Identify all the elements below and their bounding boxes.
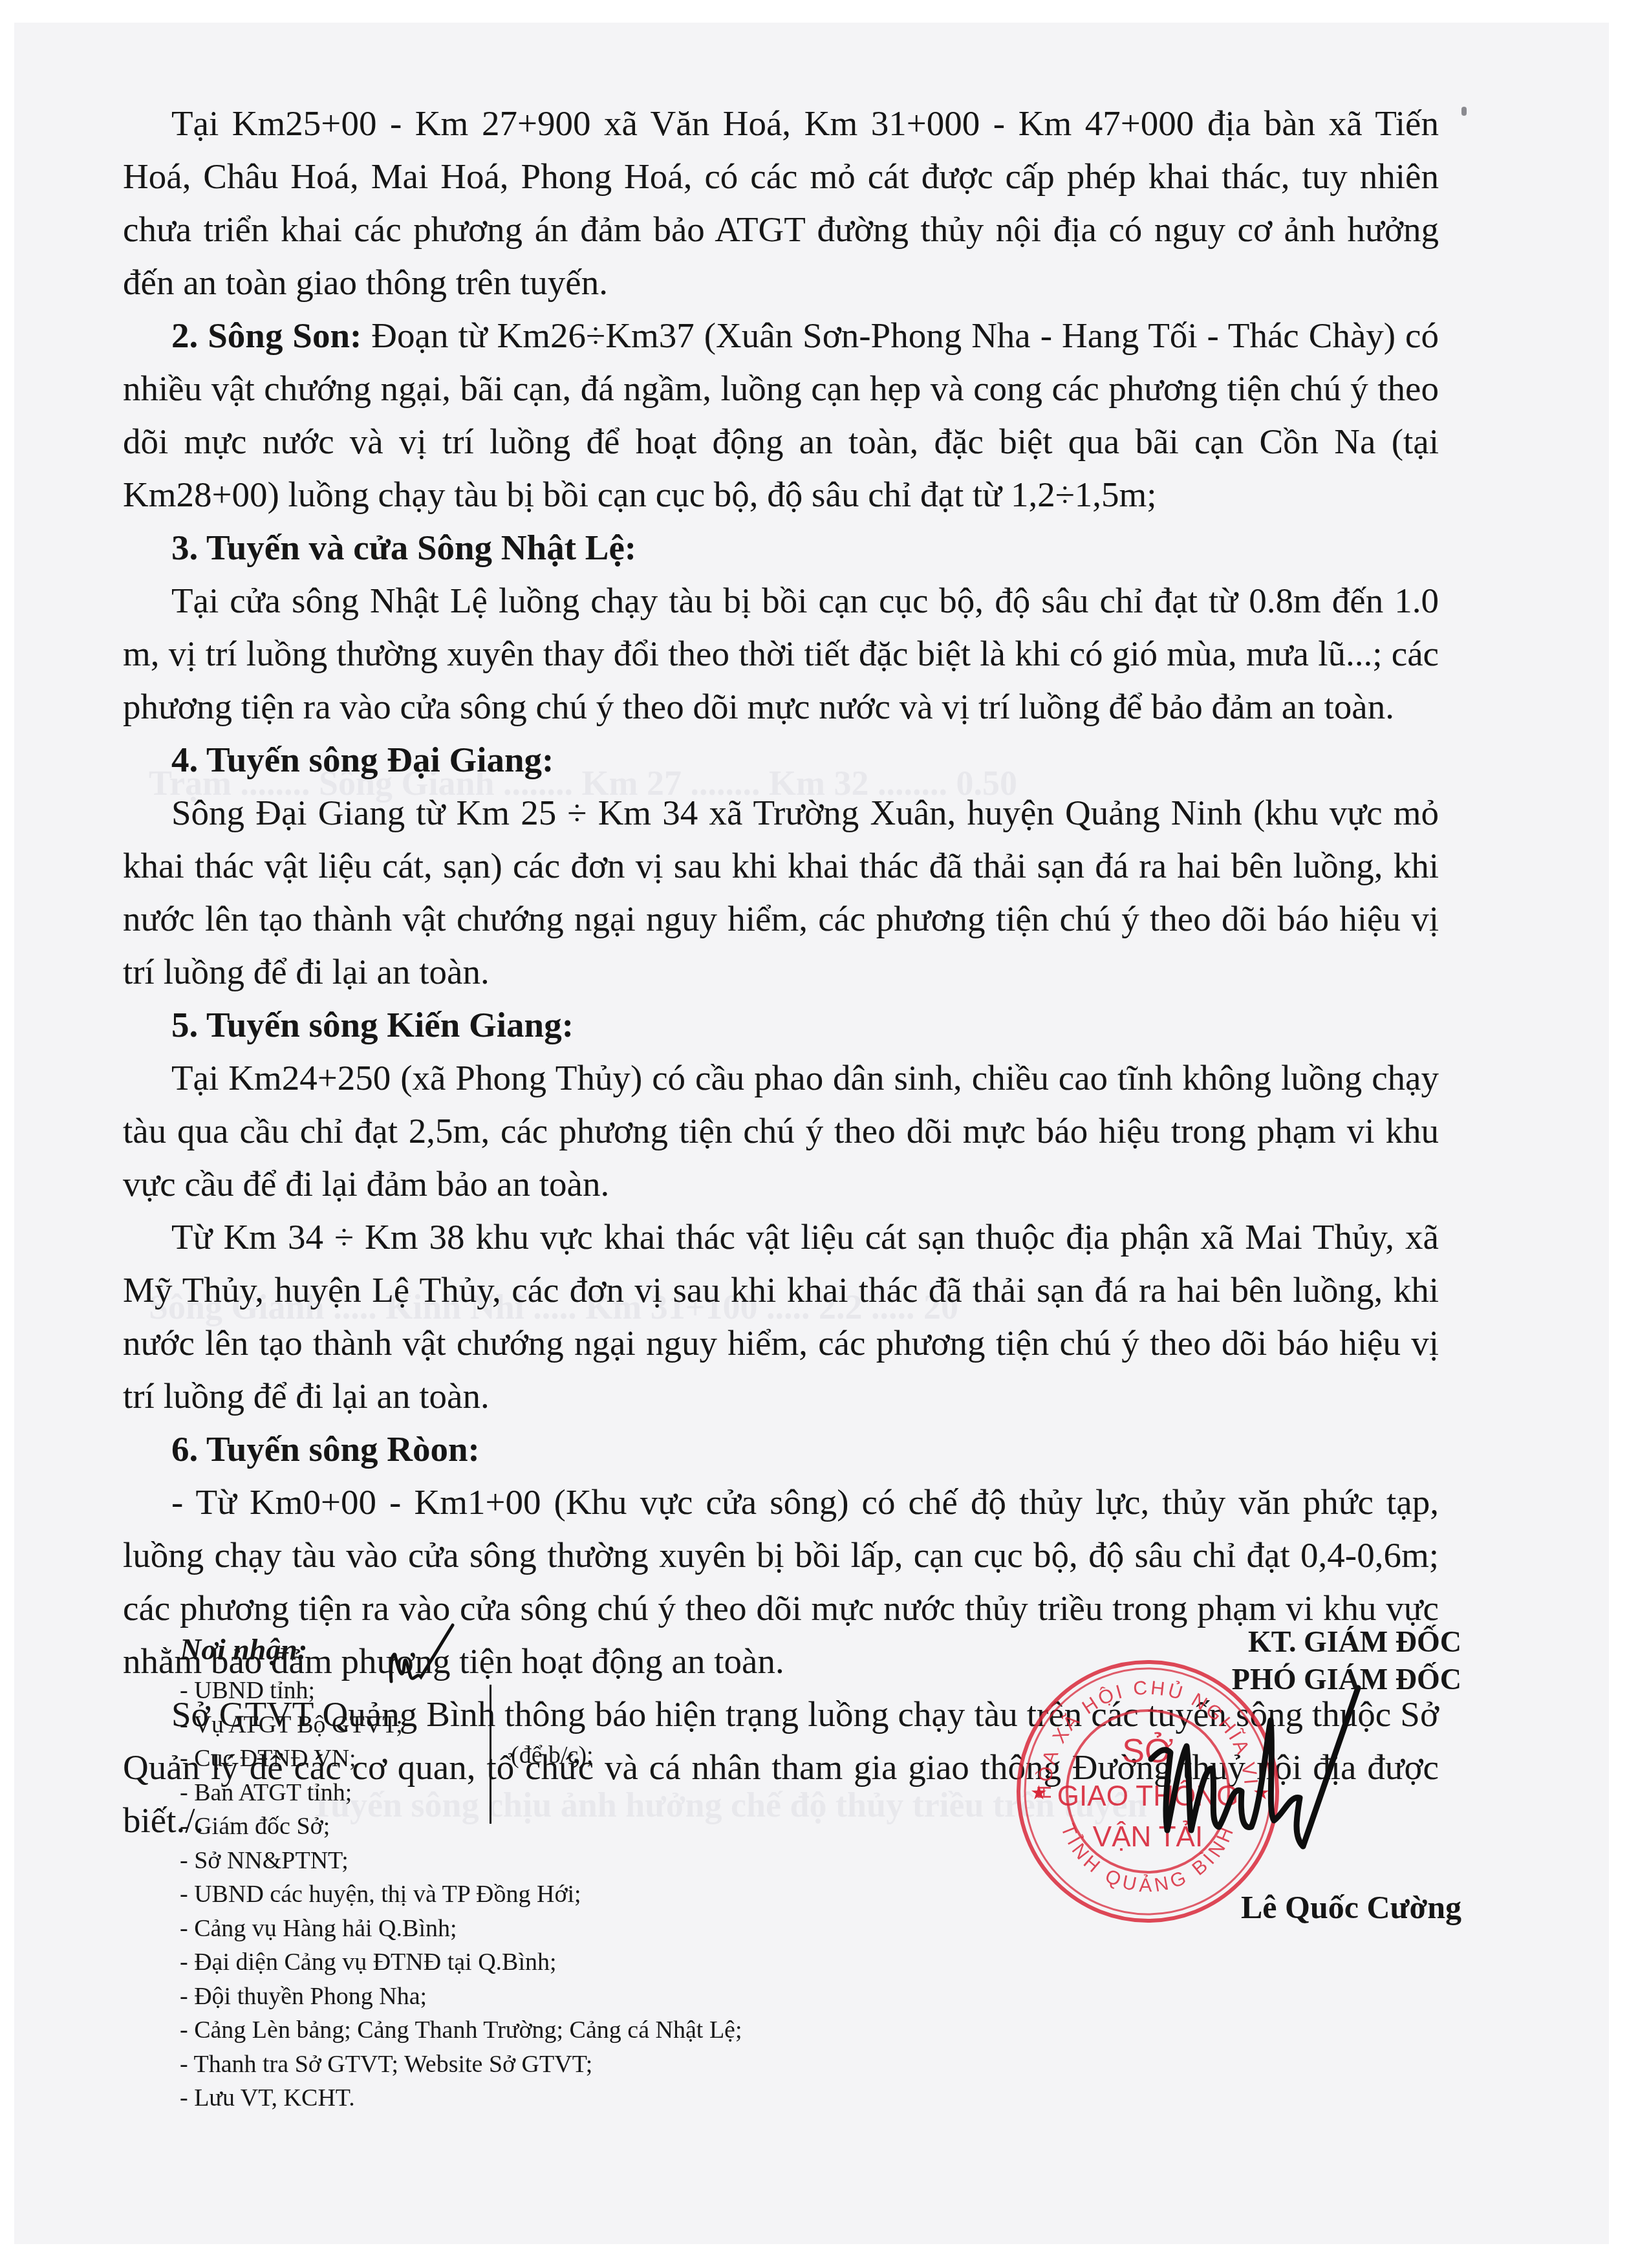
signatory-role-line1: KT. GIÁM ĐỐC (1099, 1623, 1461, 1661)
handwritten-signature (1138, 1681, 1371, 1879)
recipient-item: Cảng vụ Hàng hải Q.Bình; (180, 1912, 742, 1946)
section-heading: 6. Tuyến sông Ròon: (123, 1423, 1439, 1476)
section-heading: 4. Tuyến sông Đại Giang: (123, 733, 1439, 786)
signatory: KT. GIÁM ĐỐC PHÓ GIÁM ĐỐC Lê Quốc Cường (1099, 1623, 1461, 1698)
recipient-item: UBND các huyện, thị và TP Đồng Hới; (180, 1877, 742, 1912)
recipient-item: Sở NN&PTNT; (180, 1844, 742, 1878)
recipient-item: Thanh tra Sở GTVT; Website Sở GTVT; (180, 2047, 742, 2082)
recipients-bracket (490, 1685, 491, 1824)
initial-signature (385, 1620, 456, 1701)
recipient-item: Cục ĐTNĐ VN; (180, 1742, 742, 1776)
scan-speck (1461, 107, 1467, 116)
document-body: Tại Km25+00 - Km 27+900 xã Văn Hoá, Km 3… (123, 97, 1439, 1847)
signer-name: Lê Quốc Cường (1241, 1888, 1461, 1926)
svg-text:★: ★ (1030, 1782, 1048, 1804)
recipient-item: Lưu VT, KCHT. (180, 2081, 742, 2115)
recipient-item: Vụ ATGT Bộ GTVT; (180, 1708, 742, 1742)
section-heading: 5. Tuyến sông Kiến Giang: (123, 999, 1439, 1052)
section-heading: 2. Sông Son: (171, 316, 361, 355)
recipient-item: Giám đốc Sở; (180, 1809, 742, 1844)
section-heading: 3. Tuyến và cửa Sông Nhật Lệ: (123, 521, 1439, 574)
recipient-item: Đại diện Cảng vụ ĐTNĐ tại Q.Bình; (180, 1945, 742, 1980)
recipient-item: Cảng Lèn bảng; Cảng Thanh Trường; Cảng c… (180, 2013, 742, 2047)
signatory-role-line2: PHÓ GIÁM ĐỐC (1099, 1661, 1461, 1698)
recipient-item: UBND tỉnh; (180, 1674, 742, 1708)
recipient-item: Đội thuyền Phong Nha; (180, 1980, 742, 2014)
body-paragraph: Từ Km 34 ÷ Km 38 khu vực khai thác vật l… (123, 1211, 1439, 1423)
bracket-note: (để b/c); (511, 1741, 594, 1769)
body-paragraph: Tại Km25+00 - Km 27+900 xã Văn Hoá, Km 3… (123, 97, 1439, 309)
recipient-item: Ban ATGT tỉnh; (180, 1776, 742, 1810)
body-paragraph: Tại cửa sông Nhật Lệ luồng chạy tàu bị b… (123, 574, 1439, 733)
body-paragraph: Sông Đại Giang từ Km 25 ÷ Km 34 xã Trườn… (123, 786, 1439, 999)
recipients-list: UBND tỉnh;Vụ ATGT Bộ GTVT;Cục ĐTNĐ VN;Ba… (180, 1674, 742, 2115)
recipients-title: Nơi nhận: (180, 1630, 742, 1670)
body-paragraph: Tại Km24+250 (xã Phong Thủy) có cầu phao… (123, 1052, 1439, 1211)
section-paragraph: 2. Sông Son: Đoạn từ Km26÷Km37 (Xuân Sơn… (123, 309, 1439, 521)
